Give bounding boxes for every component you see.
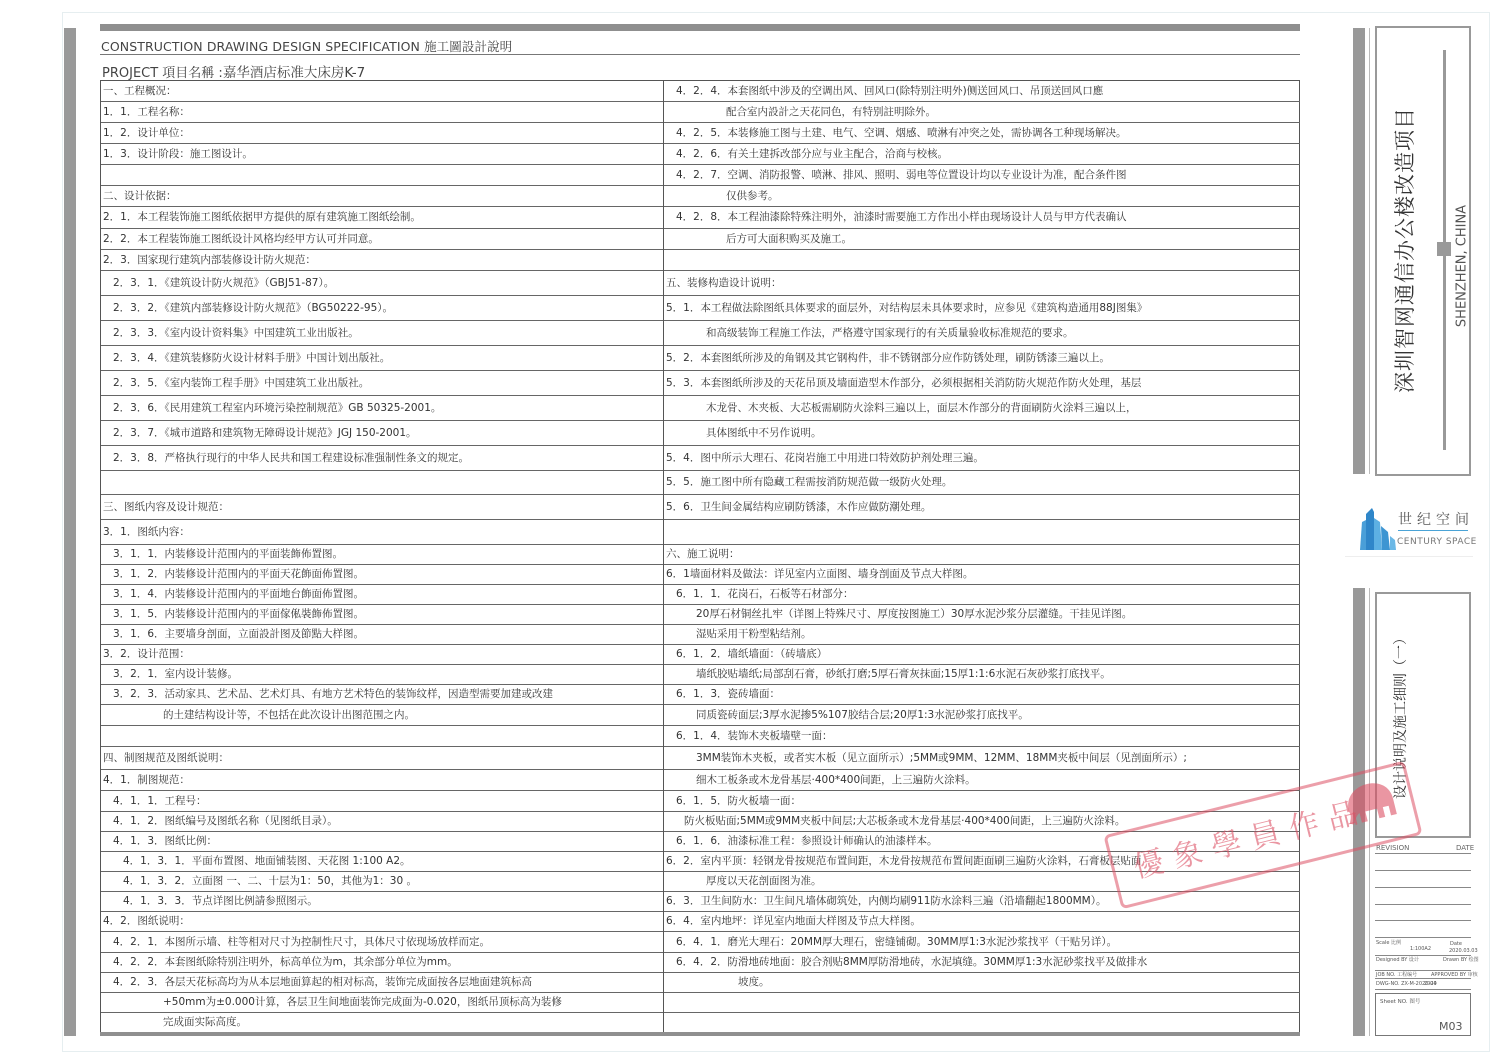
right-row: 墙纸胶贴墙纸;局部刮石膏，砂纸打磨;5厚石膏灰抹面;15厚1:1:6水泥石灰砂浆… <box>664 665 1300 685</box>
row-text: 4．1．2．图纸编号及图纸名称（见图纸目录）。 <box>113 816 338 827</box>
sheet-number-label: Sheet NO. 图号 <box>1380 997 1420 1005</box>
row-text: 6．1．2．墙纸墙面：（砖墙底） <box>676 649 827 660</box>
left-row: 三、图纸内容及设计规范： <box>101 495 663 520</box>
logo-chinese-text: 世纪空间 <box>1398 509 1474 529</box>
logo-underline <box>1398 530 1468 531</box>
title-block-thin-line-top <box>1369 28 1370 474</box>
row-text: 3．1．图纸内容： <box>103 527 190 538</box>
row-text: 厚度以天花剖面图为准。 <box>706 876 822 887</box>
row-text: 2．3．5．《室内装饰工程手册》中国建筑工业出版社。 <box>113 378 369 389</box>
right-row: 木龙骨、木夹板、大芯板需刷防火涂料三遍以上，面层木作部分的背面刷防火涂料三遍以上… <box>664 396 1300 421</box>
left-row: 2．2．本工程装饰施工图纸设计风格均经甲方认可并同意。 <box>101 229 663 250</box>
row-text: 3．1．1．内装修设计范围内的平面装飾佈置图。 <box>113 549 343 560</box>
date-label: DATE <box>1456 844 1474 852</box>
row-text: 1．2．设计单位： <box>103 128 190 139</box>
right-row: 5．3．本套图纸所涉及的天花吊顶及墙面造型木作部分，必须根据相关消防防火规范作防… <box>664 371 1300 396</box>
revision-line <box>1375 887 1471 888</box>
row-text: 5．1．本工程做法除图纸具体要求的面层外，对结构层未具体要求时，应参见《建筑构造… <box>666 303 1147 314</box>
row-text: 3．1．6．主要墙身剖面，立面設計图及節點大样图。 <box>113 629 364 640</box>
row-text: 1．1．工程名称： <box>103 107 190 118</box>
row-text: 5．4．图中所示大理石、花岗岩施工中用进口特效防护剂处理三遍。 <box>666 453 984 464</box>
right-row <box>664 1013 1300 1032</box>
row-text: 6．1．6．油漆标准工程：参照设计师确认的油漆样本。 <box>676 836 938 847</box>
left-row: 2．3．1．《建筑设计防火规范》（GBJ51-87）。 <box>101 271 663 296</box>
revision-line <box>1375 904 1471 905</box>
row-text: 二、设计依据： <box>103 191 177 202</box>
left-row: 的土建结构设计等，不包括在此次设计出图范围之内。 <box>101 705 663 726</box>
left-row: 4．1．3．3．节点详图比例請参照图示。 <box>101 892 663 912</box>
row-text: 5．3．本套图纸所涉及的天花吊顶及墙面造型木作部分，必须根据相关消防防火规范作防… <box>666 378 1141 389</box>
row-text: 防火板贴面;5MM或9MM夹板中间层;大芯板条或木龙骨基层·400*400间距，… <box>684 816 1125 827</box>
info-line <box>1375 978 1471 979</box>
left-row: 2．3．3．《室内设计资料集》中国建筑工业出版社。 <box>101 321 663 346</box>
row-text: 6．1．3．瓷砖墙面： <box>676 689 780 700</box>
right-row: 细木工板条或木龙骨基层·400*400间距，上三遍防火涂料。 <box>664 770 1300 791</box>
left-row: 2．1．本工程装饰施工图纸依据甲方提供的原有建筑施工图纸绘制。 <box>101 207 663 229</box>
left-row: 2．3．8．严格执行现行的中华人民共和国工程建设标准强制性条文的规定。 <box>101 446 663 471</box>
left-row: 4．1．1．工程号： <box>101 791 663 812</box>
left-row: 3．2．1．室内设计装修。 <box>101 665 663 685</box>
row-text: 4．2．图纸说明： <box>103 916 190 927</box>
right-row <box>664 250 1300 271</box>
right-row: 4．2．6．有关土建拆改部分应与业主配合，洽商与校核。 <box>664 144 1300 165</box>
right-row <box>664 520 1300 545</box>
row-text: 2．3．7．《城市道路和建筑物无障碍设计规范》JGJ 150-2001。 <box>113 428 417 439</box>
row-text: 5．2．本套图纸所涉及的角钢及其它钢构件，非不锈钢部分应作防锈处理，刷防锈漆三遍… <box>666 353 1110 364</box>
row-text: 4．2．6．有关土建拆改部分应与业主配合，洽商与校核。 <box>676 149 948 160</box>
job-no-label: JOB NO. 工程编号 <box>1376 971 1417 978</box>
date-field-label: Date <box>1450 941 1462 947</box>
row-text: 完成面实际高度。 <box>163 1017 247 1028</box>
left-row: 3．2．3．活动家具、艺术品、艺术灯具、有地方艺术特色的装饰纹样，因造型需要加建… <box>101 685 663 705</box>
left-row: 4．2．1．本图所示墙、柱等相对尺寸为控制性尺寸，具体尺寸依现场放样而定。 <box>101 932 663 953</box>
row-text: 4．2．2．本套图纸除特别注明外，标高单位为m，其余部分单位为mm。 <box>113 957 458 968</box>
revision-line <box>1375 870 1471 871</box>
row-text: 4．1．制图规范： <box>103 775 190 786</box>
logo-separator <box>1345 556 1473 557</box>
left-row: 4．1．2．图纸编号及图纸名称（见图纸目录）。 <box>101 812 663 832</box>
logo-english-text: CENTURY SPACE <box>1397 537 1477 547</box>
right-row: 六、施工说明： <box>664 545 1300 565</box>
project-line: PROJECT 項目名稱 :嘉华酒店标准大床房K-7 <box>102 61 365 81</box>
left-row: 四、制图规范及图纸说明： <box>101 747 663 770</box>
right-row: 6．1墙面材料及做法：详见室内立面图、墙身剖面及节点大样图。 <box>664 565 1300 585</box>
title-block-project-name: 深圳智网通信办公楼改造项目 <box>1389 107 1419 393</box>
right-row: 后方可大面积购买及施工。 <box>664 229 1300 250</box>
right-row: 4．2．4．本套图纸中涉及的空调出风、回风口(除特别注明外)侧送回风口、吊顶送回… <box>664 81 1300 102</box>
right-row: 具体图纸中不另作说明。 <box>664 421 1300 446</box>
left-row: 2．3．6．《民用建筑工程室内环境污染控制规范》GB 50325-2001。 <box>101 396 663 421</box>
row-text: 湿贴采用干粉型粘结剂。 <box>696 629 812 640</box>
row-text: 同质瓷砖面层;3厚水泥掺5%107胶结合层;20厚1:3水泥砂浆打底找平。 <box>696 710 1029 721</box>
sheet-number: M03 <box>1439 1020 1463 1033</box>
row-text: 6．4．室内地坪：详见室内地面大样图及节点大样图。 <box>666 916 921 927</box>
right-row: 6．1．4．装饰木夹板墙壁一面： <box>664 726 1300 747</box>
left-row: 3．1．6．主要墙身剖面，立面設計图及節點大样图。 <box>101 625 663 645</box>
left-row: 4．1．3．2．立面图 一、二、十层为1：50，其他为1：30 。 <box>101 872 663 892</box>
right-row: 6．1．3．瓷砖墙面： <box>664 685 1300 705</box>
table-bottom-bar <box>100 1032 1300 1036</box>
left-row: 3．1．5．内装修设计范围内的平面傢俬裝飾佈置图。 <box>101 605 663 625</box>
row-text: 仅供参考。 <box>726 191 779 202</box>
project-name: 嘉华酒店标准大床房K-7 <box>223 65 365 81</box>
right-row: 6．3．卫生间防水：卫生间凡墙体砌筑处，内侧均刷911防水涂料三遍（沿墙翻起18… <box>664 892 1300 912</box>
row-text: 2．3．8．严格执行现行的中华人民共和国工程建设标准强制性条文的规定。 <box>113 453 469 464</box>
project-title-marker <box>1437 242 1451 256</box>
left-row: +50mm为±0.000计算，各层卫生间地面装饰完成面为-0.020，图纸吊顶标… <box>101 993 663 1013</box>
right-row: 5．5．施工图中所有隐藏工程需按消防规范做一级防火处理。 <box>664 471 1300 495</box>
row-text: 墙纸胶贴墙纸;局部刮石膏，砂纸打磨;5厚石膏灰抹面;15厚1:1:6水泥石灰砂浆… <box>696 669 1111 680</box>
title-rule <box>100 54 1300 55</box>
spec-column-right: 4．2．4．本套图纸中涉及的空调出风、回风口(除特别注明外)侧送回风口、吊顶送回… <box>663 81 1300 1032</box>
left-row: 1．3．设计阶段：施工图设计。 <box>101 144 663 165</box>
right-row: 5．1．本工程做法除图纸具体要求的面层外，对结构层未具体要求时，应参见《建筑构造… <box>664 296 1300 321</box>
designed-by-label: Designed BY 设计 <box>1376 956 1419 963</box>
row-text: 木龙骨、木夹板、大芯板需刷防火涂料三遍以上，面层木作部分的背面刷防火涂料三遍以上… <box>706 403 1137 414</box>
left-row: 3．1．2．内装修设计范围内的平面天花飾面佈置图。 <box>101 565 663 585</box>
right-row: 5．4．图中所示大理石、花岗岩施工中用进口特效防护剂处理三遍。 <box>664 446 1300 471</box>
row-text: 6．3．卫生间防水：卫生间凡墙体砌筑处，内侧均刷911防水涂料三遍（沿墙翻起18… <box>666 896 1107 907</box>
right-row: 同质瓷砖面层;3厚水泥掺5%107胶结合层;20厚1:3水泥砂浆打底找平。 <box>664 705 1300 726</box>
dwg-date: 2020 <box>1424 981 1437 987</box>
row-text: 坡度。 <box>738 977 770 988</box>
title-block-bar-top <box>1353 28 1365 474</box>
row-text: 3．1．5．内装修设计范围内的平面傢俬裝飾佈置图。 <box>113 609 364 620</box>
left-row: 4．1．制图规范： <box>101 770 663 791</box>
row-text: 4．1．3．3．节点详图比例請参照图示。 <box>123 896 318 907</box>
row-text: 2．1．本工程装饰施工图纸依据甲方提供的原有建筑施工图纸绘制。 <box>103 212 421 223</box>
row-text: 5．5．施工图中所有隐藏工程需按消防规范做一级防火处理。 <box>666 477 952 488</box>
right-row: 6．1．2．墙纸墙面：（砖墙底） <box>664 645 1300 665</box>
left-row <box>101 726 663 747</box>
left-row: 4．2．2．本套图纸除特别注明外，标高单位为m，其余部分单位为mm。 <box>101 953 663 973</box>
row-text: 4．1．3．1．平面布置图、地面铺装图、天花图 1:100 A2。 <box>123 856 411 867</box>
drawn-by-label: Drawn BY 绘图 <box>1443 956 1479 963</box>
row-text: 1．3．设计阶段：施工图设计。 <box>103 149 253 160</box>
left-row: 3．2．设计范围： <box>101 645 663 665</box>
row-text: 6．2．室内平顶：轻钢龙骨按规范布置间距，木龙骨按规范布置间距面刷三遍防火涂料，… <box>666 856 1141 867</box>
row-text: 5．6．卫生间金属结构应刷防锈漆，木作应做防潮处理。 <box>666 502 931 513</box>
left-row: 4．2．3．各层天花标高均为从本层地面算起的相对标高，装饰完成面按各层地面建筑标… <box>101 973 663 993</box>
row-text: 六、施工说明： <box>666 549 740 560</box>
row-text: 2．3．3．《室内设计资料集》中国建筑工业出版社。 <box>113 328 359 339</box>
row-text: 和高级装饰工程施工作法，严格遵守国家现行的有关质量验收标准规范的要求。 <box>706 328 1074 339</box>
left-row: 2．3．4．《建筑装修防火设计材料手册》中国计划出版社。 <box>101 346 663 371</box>
row-text: 6．1．1．花岗石，石板等石材部分： <box>676 589 854 600</box>
row-text: 后方可大面积购买及施工。 <box>726 234 852 245</box>
row-text: 4．1．3．2．立面图 一、二、十层为1：50，其他为1：30 。 <box>123 876 417 887</box>
row-text: 6．4．2．防滑地砖地面：胶合剂贴8MM厚防滑地砖，水泥填缝。30MM厚1:3水… <box>676 957 1147 968</box>
revision-label: REVISION <box>1376 844 1409 852</box>
right-row: 5．6．卫生间金属结构应刷防锈漆，木作应做防潮处理。 <box>664 495 1300 520</box>
revision-line <box>1375 853 1471 854</box>
right-row: 仅供参考。 <box>664 186 1300 207</box>
left-row: 1．1．工程名称： <box>101 102 663 123</box>
right-row: 3MM装饰木夹板，或者实木板（见立面所示）;5MM或9MM、12MM、18MM夹… <box>664 747 1300 770</box>
row-text: 五、装修构造设计说明： <box>666 278 782 289</box>
left-row: 2．3．国家现行建筑内部装修设计防火规范： <box>101 250 663 271</box>
row-text: 具体图纸中不另作说明。 <box>706 428 822 439</box>
left-row: 二、设计依据： <box>101 186 663 207</box>
row-text: 4．2．7．空调、消防报警、喷淋、排风、照明、弱电等位置设计均以专业设计为准，配… <box>676 170 1127 181</box>
row-text: 2．3．4．《建筑装修防火设计材料手册》中国计划出版社。 <box>113 353 390 364</box>
right-row: 4．2．8．本工程油漆除特殊注明外，油漆时需要施工方作出小样由现场设计人员与甲方… <box>664 207 1300 229</box>
left-row: 一、工程概况： <box>101 81 663 102</box>
right-row: 6．1．1．花岗石，石板等石材部分： <box>664 585 1300 605</box>
row-text: 4．2．4．本套图纸中涉及的空调出风、回风口(除特别注明外)侧送回风口、吊顶送回… <box>676 86 1103 97</box>
right-row: 五、装修构造设计说明： <box>664 271 1300 296</box>
info-line <box>1375 989 1471 990</box>
row-text: 4．2．8．本工程油漆除特殊注明外，油漆时需要施工方作出小样由现场设计人员与甲方… <box>676 212 1127 223</box>
right-row: 4．2．5．本装修施工图与土建、电气、空调、烟感、喷淋有冲突之处，需协调各工种现… <box>664 123 1300 144</box>
right-row: 坡度。 <box>664 973 1300 993</box>
revision-line <box>1375 920 1471 921</box>
row-text: 2．3．6．《民用建筑工程室内环境污染控制规范》GB 50325-2001。 <box>113 403 441 414</box>
right-row: 20厚石材铜丝扎牢（详图上特殊尺寸、厚度按图施工）30厚水泥沙浆分层灌缝。干挂见… <box>664 605 1300 625</box>
right-row: 配合室内設計之天花同色，有特别註明除外。 <box>664 102 1300 123</box>
left-row: 3．1．图纸内容： <box>101 520 663 545</box>
row-text: 6．1．4．装饰木夹板墙壁一面： <box>676 731 833 742</box>
row-text: 6．4．1．磨光大理石：20MM厚大理石，密缝铺砌。30MM厚1:3水泥沙浆找平… <box>676 937 1117 948</box>
left-row: 完成面实际高度。 <box>101 1013 663 1032</box>
left-row: 2．3．7．《城市道路和建筑物无障碍设计规范》JGJ 150-2001。 <box>101 421 663 446</box>
row-text: 的土建结构设计等，不包括在此次设计出图范围之内。 <box>163 710 415 721</box>
row-text: 4．2．5．本装修施工图与土建、电气、空调、烟感、喷淋有冲突之处，需协调各工种现… <box>676 128 1127 139</box>
left-row: 2．3．5．《室内装饰工程手册》中国建筑工业出版社。 <box>101 371 663 396</box>
row-text: 4．1．1．工程号： <box>113 796 207 807</box>
scale-label: Scale 比例 <box>1376 939 1401 946</box>
right-row: 湿贴采用干粉型粘结剂。 <box>664 625 1300 645</box>
scale-value: 1:100A2 <box>1410 946 1431 952</box>
row-text: 4．2．1．本图所示墙、柱等相对尺寸为控制性尺寸，具体尺寸依现场放样而定。 <box>113 937 490 948</box>
row-text: 6．1墙面材料及做法：详见室内立面图、墙身剖面及节点大样图。 <box>666 569 973 580</box>
info-line <box>1375 937 1471 938</box>
top-header-bar <box>100 24 1300 31</box>
row-text: 三、图纸内容及设计规范： <box>103 502 229 513</box>
row-text: 6．1．5．防火板墙一面： <box>676 796 801 807</box>
row-text: 2．3．2．《建筑内部装修设计防火规范》（BG50222-95）。 <box>113 303 393 314</box>
left-margin-bar <box>64 28 76 1036</box>
row-text: 一、工程概况： <box>103 86 177 97</box>
row-text: 3．1．2．内装修设计范围内的平面天花飾面佈置图。 <box>113 569 364 580</box>
left-row <box>101 165 663 186</box>
project-label: PROJECT 項目名稱 : <box>102 66 223 81</box>
row-text: 2．2．本工程装饰施工图纸设计风格均经甲方认可并同意。 <box>103 234 379 245</box>
right-row: 6．4．1．磨光大理石：20MM厚大理石，密缝铺砌。30MM厚1:3水泥沙浆找平… <box>664 932 1300 953</box>
document-title: CONSTRUCTION DRAWING DESIGN SPECIFICATIO… <box>101 37 512 55</box>
row-text: 配合室内設計之天花同色，有特别註明除外。 <box>726 107 936 118</box>
left-row: 3．1．4．内装修设计范围内的平面地台飾面佈置图。 <box>101 585 663 605</box>
row-text: 3．2．设计范围： <box>103 649 190 660</box>
row-text: 20厚石材铜丝扎牢（详图上特殊尺寸、厚度按图施工）30厚水泥沙浆分层灌缝。干挂见… <box>696 609 1132 620</box>
right-row: 6．4．2．防滑地砖地面：胶合剂贴8MM厚防滑地砖，水泥填缝。30MM厚1:3水… <box>664 953 1300 973</box>
row-text: 四、制图规范及图纸说明： <box>103 753 229 764</box>
left-row: 4．1．3．图纸比例： <box>101 832 663 852</box>
row-text: 3．2．1．室内设计装修。 <box>113 669 238 680</box>
right-row: 4．2．7．空调、消防报警、喷淋、排风、照明、弱电等位置设计均以专业设计为准，配… <box>664 165 1300 186</box>
title-block-location: SHENZHEN, CHINA <box>1455 205 1470 327</box>
row-text: 4．2．3．各层天花标高均为从本层地面算起的相对标高，装饰完成面按各层地面建筑标… <box>113 977 532 988</box>
row-text: +50mm为±0.000计算，各层卫生间地面装饰完成面为-0.020，图纸吊顶标… <box>163 997 562 1008</box>
row-text: 3．1．4．内装修设计范围内的平面地台飾面佈置图。 <box>113 589 364 600</box>
left-row <box>101 471 663 495</box>
left-row: 1．2．设计单位： <box>101 123 663 144</box>
left-row: 4．2．图纸说明： <box>101 912 663 932</box>
right-row <box>664 993 1300 1013</box>
row-text: 2．3．国家现行建筑内部装修设计防火规范： <box>103 255 316 266</box>
left-row: 3．1．1．内装修设计范围内的平面装飾佈置图。 <box>101 545 663 565</box>
left-row: 2．3．2．《建筑内部装修设计防火规范》（BG50222-95）。 <box>101 296 663 321</box>
approved-by-label: APPROVED BY 审核 <box>1431 971 1478 978</box>
row-text: 4．1．3．图纸比例： <box>113 836 217 847</box>
right-row: 和高级装饰工程施工作法，严格遵守国家现行的有关质量验收标准规范的要求。 <box>664 321 1300 346</box>
date-value: 2020.03.03 <box>1449 948 1478 954</box>
row-text: 细木工板条或木龙骨基层·400*400间距，上三遍防火涂料。 <box>696 775 976 786</box>
right-row: 5．2．本套图纸所涉及的角钢及其它钢构件，非不锈钢部分应作防锈处理，刷防锈漆三遍… <box>664 346 1300 371</box>
row-text: 2．3．1．《建筑设计防火规范》（GBJ51-87）。 <box>113 278 334 289</box>
row-text: 3MM装饰木夹板，或者实木板（见立面所示）;5MM或9MM、12MM、18MM夹… <box>696 753 1187 764</box>
left-row: 4．1．3．1．平面布置图、地面铺装图、天花图 1:100 A2。 <box>101 852 663 872</box>
right-row: 6．4．室内地坪：详见室内地面大样图及节点大样图。 <box>664 912 1300 932</box>
row-text: 3．2．3．活动家具、艺术品、艺术灯具、有地方艺术特色的装饰纹样，因造型需要加建… <box>113 689 553 700</box>
